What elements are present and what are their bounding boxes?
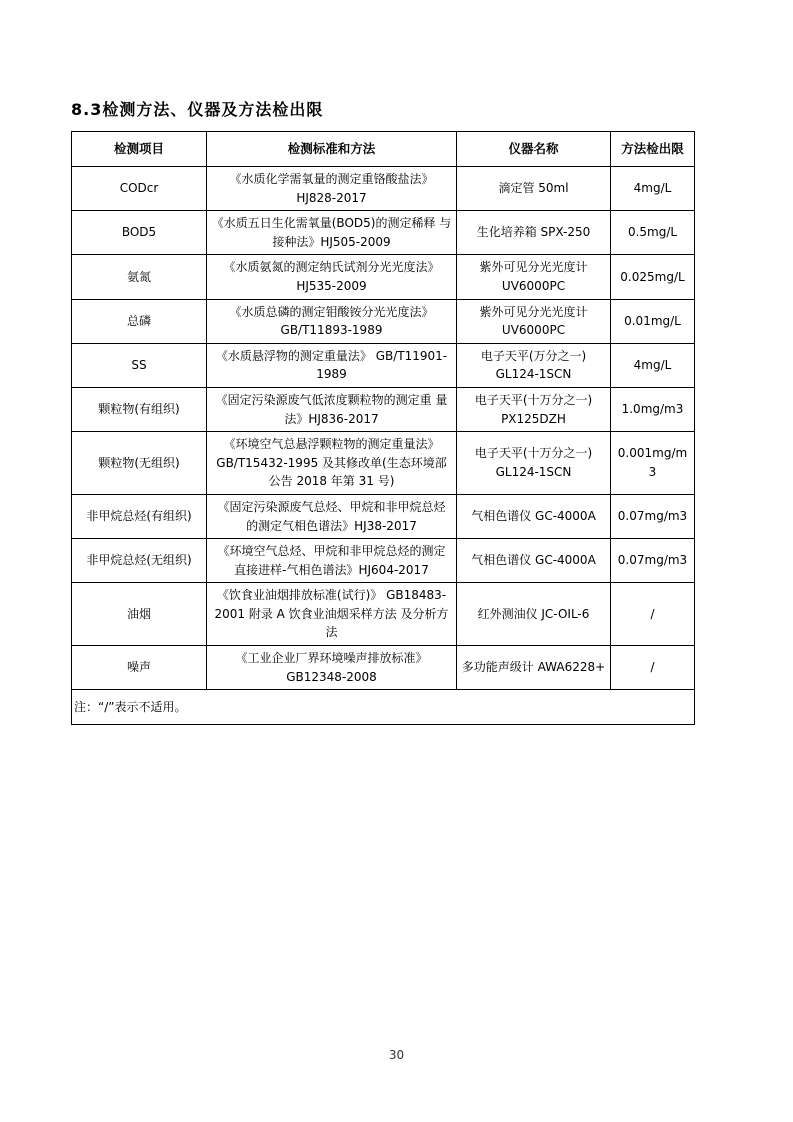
section-title: 8.3检测方法、仪器及方法检出限 [71, 97, 695, 120]
cell-standard-method: 《饮食业油烟排放标准(试行)》 GB18483-2001 附录 A 饮食业油烟采… [207, 583, 457, 646]
cell-instrument-name: 生化培养箱 SPX-250 [457, 211, 611, 255]
cell-detection-limit: 0.5mg/L [611, 211, 695, 255]
cell-detection-limit: 0.01mg/L [611, 299, 695, 343]
cell-detection-item: 非甲烷总烃(有组织) [72, 494, 207, 538]
cell-instrument-name: 紫外可见分光光度计 UV6000PC [457, 299, 611, 343]
cell-standard-method: 《固定污染源废气低浓度颗粒物的测定重 量法》HJ836-2017 [207, 387, 457, 431]
cell-detection-item: 颗粒物(无组织) [72, 432, 207, 495]
cell-detection-limit: 0.025mg/L [611, 255, 695, 299]
table-row: 颗粒物(有组织)《固定污染源废气低浓度颗粒物的测定重 量法》HJ836-2017… [72, 387, 695, 431]
cell-detection-item: 氨氮 [72, 255, 207, 299]
cell-standard-method: 《工业企业厂界环境噪声排放标准》 GB12348-2008 [207, 646, 457, 690]
detection-method-table: 检测项目 检测标准和方法 仪器名称 方法检出限 CODcr《水质化学需氧量的测定… [71, 131, 695, 725]
cell-instrument-name: 红外测油仪 JC-OIL-6 [457, 583, 611, 646]
cell-standard-method: 《水质氨氮的测定纳氏试剂分光光度法》 HJ535-2009 [207, 255, 457, 299]
cell-detection-item: 噪声 [72, 646, 207, 690]
page-number: 30 [0, 1048, 793, 1062]
table-row: 颗粒物(无组织)《环境空气总悬浮颗粒物的测定重量法》 GB/T15432-199… [72, 432, 695, 495]
table-body: CODcr《水质化学需氧量的测定重铬酸盐法》 HJ828-2017滴定管 50m… [72, 167, 695, 690]
cell-detection-item: 非甲烷总烃(无组织) [72, 539, 207, 583]
cell-standard-method: 《固定污染源废气总烃、甲烷和非甲烷总烃 的测定气相色谱法》HJ38-2017 [207, 494, 457, 538]
cell-detection-item: 颗粒物(有组织) [72, 387, 207, 431]
table-row: CODcr《水质化学需氧量的测定重铬酸盐法》 HJ828-2017滴定管 50m… [72, 167, 695, 211]
cell-standard-method: 《水质化学需氧量的测定重铬酸盐法》 HJ828-2017 [207, 167, 457, 211]
header-instrument-name: 仪器名称 [457, 132, 611, 167]
cell-detection-limit: 0.07mg/m3 [611, 494, 695, 538]
cell-detection-limit: / [611, 646, 695, 690]
table-row: BOD5《水质五日生化需氧量(BOD5)的测定稀释 与接种法》HJ505-200… [72, 211, 695, 255]
table-row: 总磷《水质总磷的测定钼酸铵分光光度法》 GB/T11893-1989紫外可见分光… [72, 299, 695, 343]
cell-detection-limit: 1.0mg/m3 [611, 387, 695, 431]
table-row: 噪声《工业企业厂界环境噪声排放标准》 GB12348-2008多功能声级计 AW… [72, 646, 695, 690]
header-detection-item: 检测项目 [72, 132, 207, 167]
cell-standard-method: 《水质总磷的测定钼酸铵分光光度法》 GB/T11893-1989 [207, 299, 457, 343]
table-note-row: 注：“/”表示不适用。 [72, 690, 695, 725]
table-note: 注：“/”表示不适用。 [72, 690, 695, 725]
cell-instrument-name: 多功能声级计 AWA6228+ [457, 646, 611, 690]
cell-instrument-name: 气相色谱仪 GC-4000A [457, 494, 611, 538]
cell-standard-method: 《环境空气总烃、甲烷和非甲烷总烃的测定 直接进样-气相色谱法》HJ604-201… [207, 539, 457, 583]
cell-detection-limit: 0.07mg/m3 [611, 539, 695, 583]
cell-instrument-name: 电子天平(十万分之一) PX125DZH [457, 387, 611, 431]
cell-standard-method: 《环境空气总悬浮颗粒物的测定重量法》 GB/T15432-1995 及其修改单(… [207, 432, 457, 495]
table-row: SS《水质悬浮物的测定重量法》 GB/T11901-1989电子天平(万分之一)… [72, 343, 695, 387]
cell-instrument-name: 电子天平(十万分之一) GL124-1SCN [457, 432, 611, 495]
table-header-row: 检测项目 检测标准和方法 仪器名称 方法检出限 [72, 132, 695, 167]
cell-instrument-name: 滴定管 50ml [457, 167, 611, 211]
cell-standard-method: 《水质五日生化需氧量(BOD5)的测定稀释 与接种法》HJ505-2009 [207, 211, 457, 255]
cell-detection-item: 油烟 [72, 583, 207, 646]
cell-detection-item: BOD5 [72, 211, 207, 255]
cell-detection-limit: 0.001mg/m3 [611, 432, 695, 495]
cell-detection-limit: / [611, 583, 695, 646]
table-row: 非甲烷总烃(有组织)《固定污染源废气总烃、甲烷和非甲烷总烃 的测定气相色谱法》H… [72, 494, 695, 538]
cell-instrument-name: 紫外可见分光光度计 UV6000PC [457, 255, 611, 299]
cell-detection-limit: 4mg/L [611, 343, 695, 387]
cell-detection-item: 总磷 [72, 299, 207, 343]
cell-detection-item: SS [72, 343, 207, 387]
header-standard-method: 检测标准和方法 [207, 132, 457, 167]
cell-detection-limit: 4mg/L [611, 167, 695, 211]
header-detection-limit: 方法检出限 [611, 132, 695, 167]
document-body: 8.3检测方法、仪器及方法检出限 检测项目 检测标准和方法 仪器名称 方法检出限… [71, 97, 695, 725]
table-row: 氨氮《水质氨氮的测定纳氏试剂分光光度法》 HJ535-2009紫外可见分光光度计… [72, 255, 695, 299]
cell-standard-method: 《水质悬浮物的测定重量法》 GB/T11901-1989 [207, 343, 457, 387]
table-row: 油烟《饮食业油烟排放标准(试行)》 GB18483-2001 附录 A 饮食业油… [72, 583, 695, 646]
cell-instrument-name: 电子天平(万分之一) GL124-1SCN [457, 343, 611, 387]
cell-instrument-name: 气相色谱仪 GC-4000A [457, 539, 611, 583]
cell-detection-item: CODcr [72, 167, 207, 211]
table-row: 非甲烷总烃(无组织)《环境空气总烃、甲烷和非甲烷总烃的测定 直接进样-气相色谱法… [72, 539, 695, 583]
